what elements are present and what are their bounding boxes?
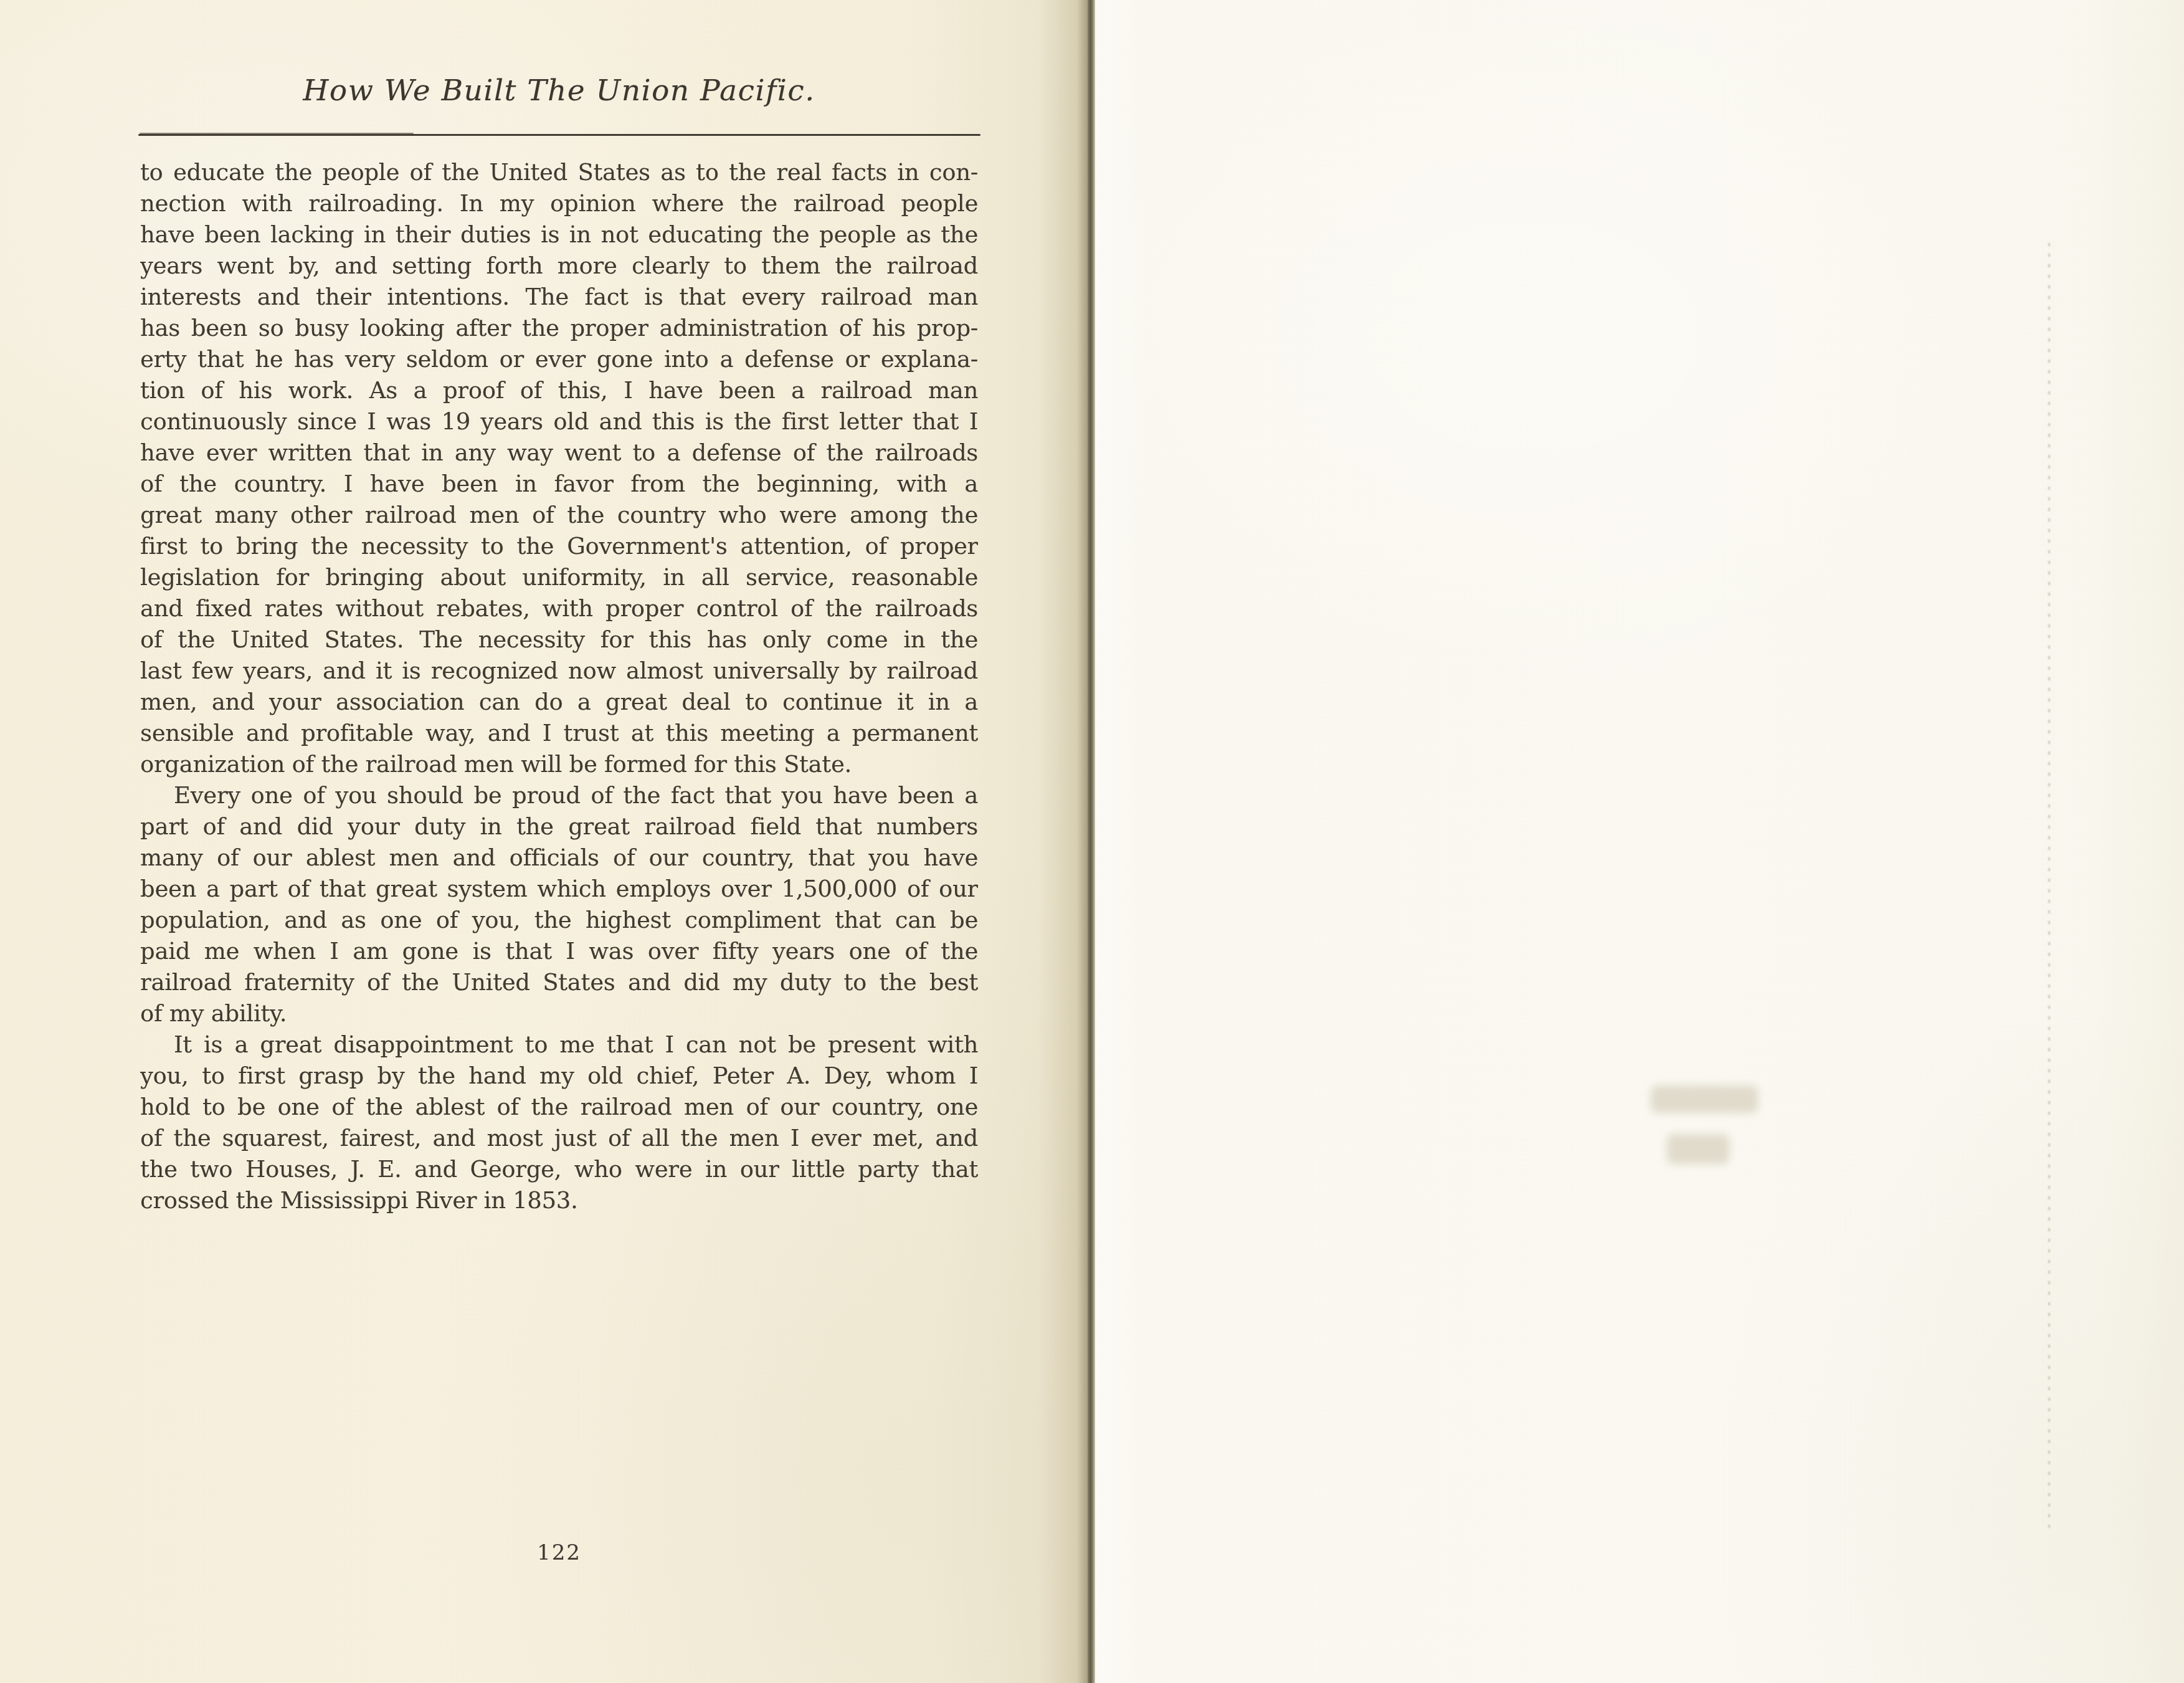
- text-line: to educate the people of the United Stat…: [140, 157, 978, 188]
- text-line: Every one of you should be proud of the …: [140, 780, 978, 811]
- show-through-smudge: [1651, 1085, 1758, 1113]
- text-line: men, and your association can do a great…: [140, 687, 978, 718]
- running-header: How We Built The Union Pacific.: [140, 72, 978, 110]
- text-line: It is a great disappointment to me that …: [140, 1029, 978, 1061]
- left-page: How We Built The Union Pacific. to educa…: [0, 0, 1088, 1683]
- page-number: 122: [140, 1540, 978, 1565]
- text-line: you, to first grasp by the hand my old c…: [140, 1061, 978, 1092]
- text-line: nection with railroading. In my opinion …: [140, 188, 978, 219]
- text-line: many of our ablest men and officials of …: [140, 842, 978, 874]
- text-line: years went by, and setting forth more cl…: [140, 250, 978, 282]
- text-line: paid me when I am gone is that I was ove…: [140, 936, 978, 967]
- text-line: great many other railroad men of the cou…: [140, 500, 978, 531]
- text-line: sensible and profitable way, and I trust…: [140, 718, 978, 749]
- text-line: crossed the Mississippi River in 1853.: [140, 1185, 978, 1216]
- text-line: of the squarest, fairest, and most just …: [140, 1123, 978, 1154]
- text-line: of the country. I have been in favor fro…: [140, 469, 978, 500]
- book-scan: How We Built The Union Pacific. to educa…: [0, 0, 2184, 1683]
- text-line: part of and did your duty in the great r…: [140, 811, 978, 842]
- text-line: railroad fraternity of the United States…: [140, 967, 978, 998]
- text-line: have ever written that in any way went t…: [140, 437, 978, 469]
- text-line: legislation for bringing about uniformit…: [140, 562, 978, 593]
- body-text: to educate the people of the United Stat…: [140, 157, 978, 1216]
- text-line: been a part of that great system which e…: [140, 874, 978, 905]
- text-line: tion of his work. As a proof of this, I …: [140, 375, 978, 406]
- book-gutter-fold: [1088, 0, 1095, 1683]
- text-line: erty that he has very seldom or ever gon…: [140, 344, 978, 375]
- text-line: hold to be one of the ablest of the rail…: [140, 1092, 978, 1123]
- show-through-line: [2048, 243, 2050, 1533]
- text-line: continuously since I was 19 years old an…: [140, 406, 978, 437]
- text-line: the two Houses, J. E. and George, who we…: [140, 1154, 978, 1185]
- header-rule: [138, 134, 980, 136]
- text-line: has been so busy looking after the prope…: [140, 313, 978, 344]
- right-page-blank: [1095, 0, 2184, 1683]
- text-line: population, and as one of you, the highe…: [140, 905, 978, 936]
- text-line: organization of the railroad men will be…: [140, 749, 978, 780]
- text-line: first to bring the necessity to the Gove…: [140, 531, 978, 562]
- text-line: last few years, and it is recognized now…: [140, 656, 978, 687]
- text-line: interests and their intentions. The fact…: [140, 282, 978, 313]
- text-line: have been lacking in their duties is in …: [140, 219, 978, 250]
- show-through-smudge: [1667, 1134, 1729, 1164]
- text-line: and fixed rates without rebates, with pr…: [140, 593, 978, 624]
- text-line: of my ability.: [140, 998, 978, 1029]
- text-line: of the United States. The necessity for …: [140, 624, 978, 656]
